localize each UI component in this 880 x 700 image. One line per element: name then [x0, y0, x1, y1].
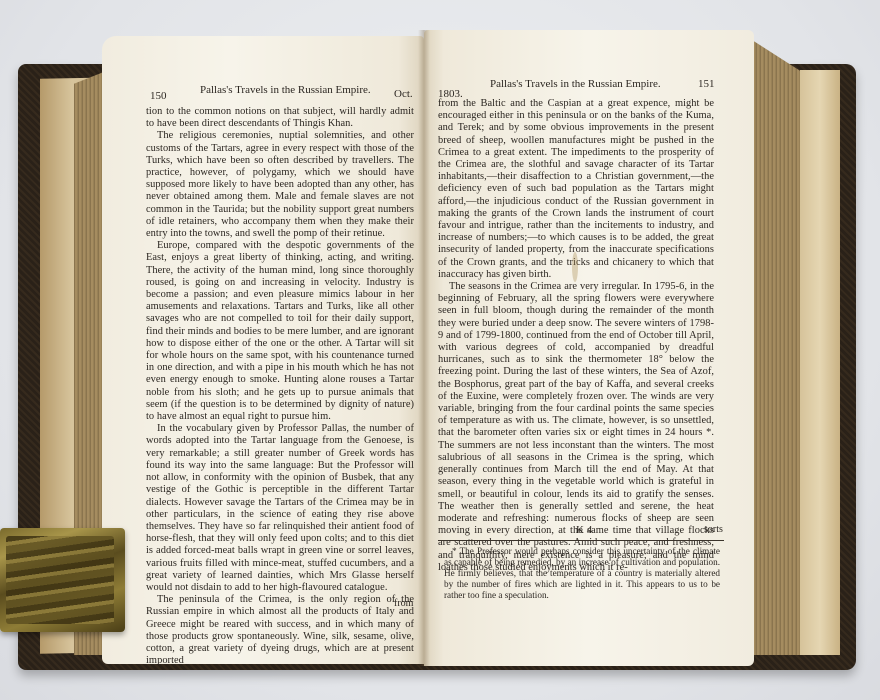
- left-page-text: tion to the common notions on that subje…: [146, 106, 414, 664]
- left-page: 150 Pallas's Travels in the Russian Empi…: [102, 36, 424, 664]
- right-page-number: 151: [698, 78, 715, 90]
- right-page-text: from the Baltic and the Caspian at a gre…: [438, 98, 714, 574]
- left-running-title: Pallas's Travels in the Russian Empire.: [200, 84, 371, 96]
- signature-mark: K 4: [576, 524, 592, 536]
- book-gutter: [418, 30, 430, 666]
- left-catchword: from: [394, 598, 413, 609]
- paragraph: Europe, compared with the despotic gover…: [146, 240, 414, 423]
- footnote-text: * The Professor would perhaps consider t…: [444, 546, 720, 601]
- footnote-rule: [438, 540, 724, 541]
- paragraph: tion to the common notions on that subje…: [146, 106, 414, 130]
- paragraph: In the vocabulary given by Professor Pal…: [146, 423, 414, 594]
- paragraph: The religious ceremonies, nuptial solemn…: [146, 130, 414, 240]
- footnote: * The Professor would perhaps consider t…: [444, 546, 720, 601]
- paragraph: The peninsula of the Crimea, is the only…: [146, 594, 414, 664]
- brass-hand-clip: [0, 528, 125, 632]
- right-running-title: Pallas's Travels in the Russian Empire.: [490, 78, 661, 90]
- right-endpaper: [800, 70, 840, 655]
- right-page: 1803. Pallas's Travels in the Russian Em…: [424, 30, 754, 666]
- right-page-edges: [752, 40, 800, 655]
- foxing-stain: [572, 252, 578, 282]
- hand-relief-icon: [6, 536, 114, 624]
- left-page-number: 150: [150, 90, 167, 102]
- right-catchword: sorts: [704, 524, 723, 535]
- left-month: Oct.: [394, 88, 413, 100]
